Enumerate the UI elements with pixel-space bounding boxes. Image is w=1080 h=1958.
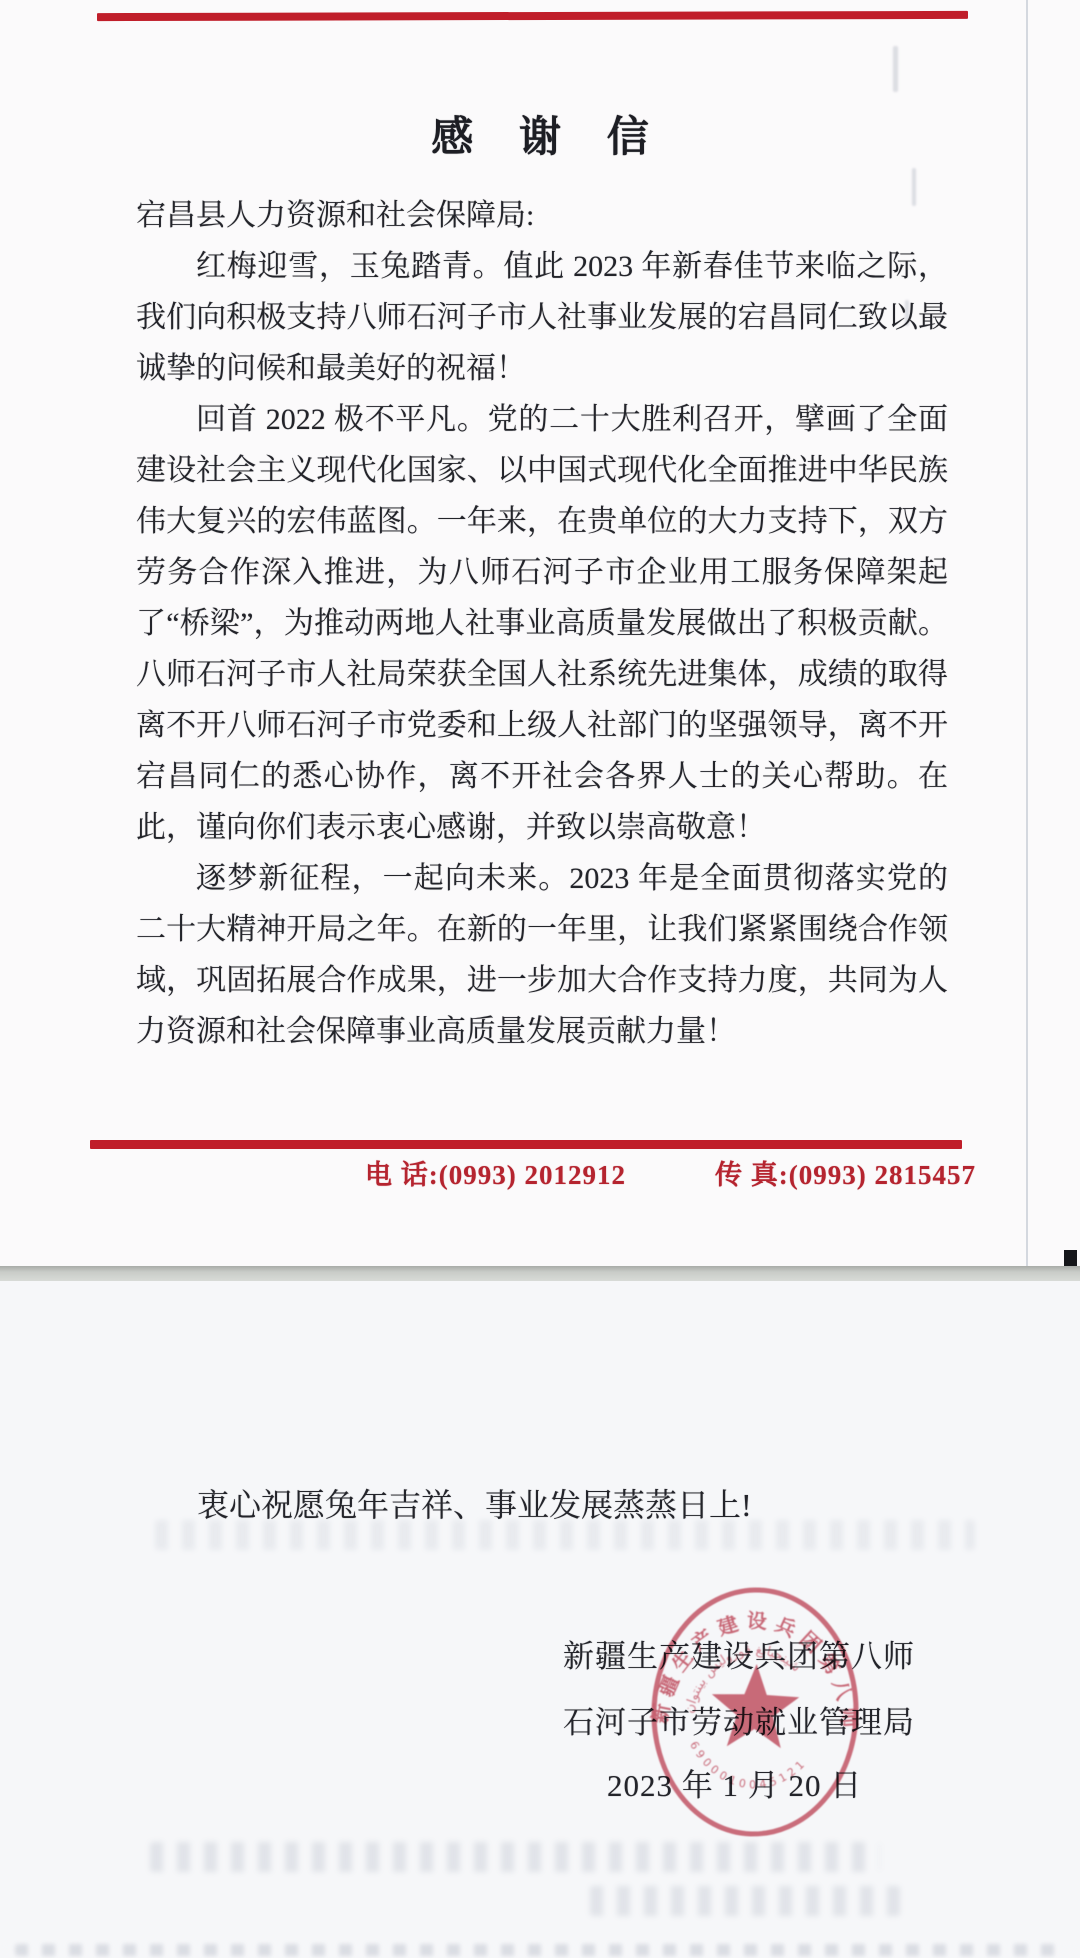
body-paragraph: 红梅迎雪，玉兔踏青。值此 2023 年新春佳节来临之际，我们向积极支持八师石河子… — [136, 241, 948, 394]
official-red-seal: 新疆生产建设兵团第八师 شينجيانغ قوروليش بينتوان 690… — [641, 1578, 870, 1846]
seal-serial-number: 6900010045121 — [686, 1739, 811, 1794]
scan-artifact — [893, 46, 898, 92]
svg-text:6900010045121: 6900010045121 — [686, 1739, 811, 1794]
paper-right-edge-shadow — [1026, 0, 1028, 1266]
footer-red-rule — [90, 1140, 962, 1149]
bleedthrough-artifact — [590, 1886, 900, 1916]
scan-artifact-dark-tick — [1064, 1250, 1077, 1267]
contact-info-row: 电 话:(0993) 2012912 传 真:(0993) 2815457 — [365, 1153, 976, 1192]
letter-page-1: 感 谢 信 宕昌县人力资源和社会保障局: 红梅迎雪，玉兔踏青。值此 2023 年… — [0, 0, 1080, 1266]
top-red-rule — [97, 11, 968, 21]
page-break-divider — [0, 1266, 1080, 1281]
letter-body: 宕昌县人力资源和社会保障局: 红梅迎雪，玉兔踏青。值此 2023 年新春佳节来临… — [136, 190, 948, 1057]
scanned-letter-document: 感 谢 信 宕昌县人力资源和社会保障局: 红梅迎雪，玉兔踏青。值此 2023 年… — [0, 0, 1080, 1958]
salutation-line: 宕昌县人力资源和社会保障局: — [136, 190, 948, 241]
fax-number: 传 真:(0993) 2815457 — [715, 1153, 976, 1192]
bleedthrough-artifact — [150, 1842, 880, 1872]
bleedthrough-artifact — [15, 1944, 1065, 1956]
letter-title: 感 谢 信 — [0, 104, 1080, 164]
body-paragraph: 逐梦新征程，一起向未来。2023 年是全面贯彻落实党的二十大精神开局之年。在新的… — [136, 853, 948, 1057]
body-paragraph: 回首 2022 极不平凡。党的二十大胜利召开，擘画了全面建设社会主义现代化国家、… — [136, 394, 948, 853]
phone-number: 电 话:(0993) 2012912 — [365, 1153, 626, 1192]
bleedthrough-artifact — [155, 1520, 975, 1550]
seal-star-icon — [710, 1663, 800, 1749]
letter-page-2: 衷心祝愿兔年吉祥、事业发展蒸蒸日上! 新疆生产建设兵团第八师 石河子市劳动就业管… — [0, 1281, 1080, 1958]
